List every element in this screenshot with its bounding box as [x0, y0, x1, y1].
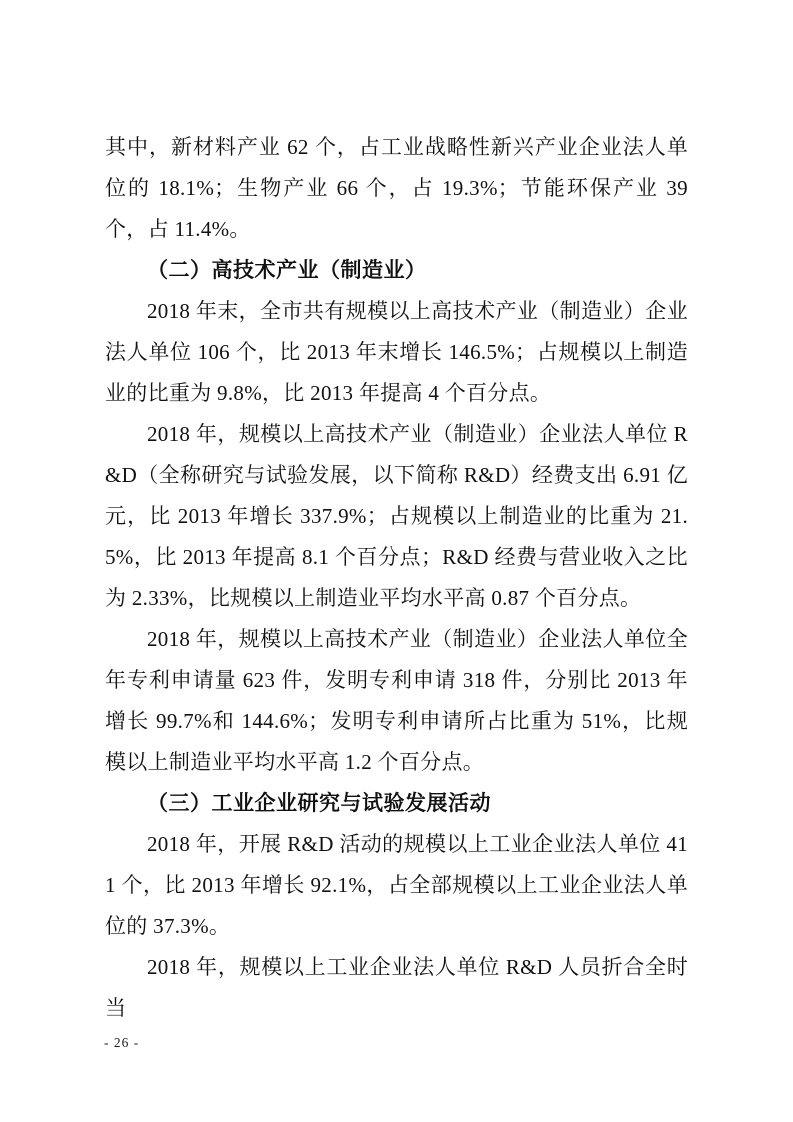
document-page: 其中，新材料产业 62 个，占工业战略性新兴产业企业法人单位的 18.1%；生物… — [0, 0, 793, 1122]
paragraph: 2018 年，规模以上高技术产业（制造业）企业法人单位 R&D（全称研究与试验发… — [105, 414, 688, 619]
page-content: 其中，新材料产业 62 个，占工业战略性新兴产业企业法人单位的 18.1%；生物… — [105, 127, 688, 1029]
section-heading-3: （三）工业企业研究与试验发展活动 — [105, 783, 688, 824]
paragraph-truncated: 2018 年，规模以上工业企业法人单位 R&D 人员折合全时当 — [105, 947, 688, 1029]
section-heading-2: （二）高技术产业（制造业） — [105, 250, 688, 291]
paragraph: 2018 年末，全市共有规模以上高技术产业（制造业）企业法人单位 106 个，比… — [105, 291, 688, 414]
page-number: - 26 - — [104, 1035, 139, 1051]
paragraph: 2018 年，规模以上高技术产业（制造业）企业法人单位全年专利申请量 623 件… — [105, 619, 688, 783]
paragraph: 2018 年，开展 R&D 活动的规模以上工业企业法人单位 411 个，比 20… — [105, 824, 688, 947]
paragraph-continuation: 其中，新材料产业 62 个，占工业战略性新兴产业企业法人单位的 18.1%；生物… — [105, 127, 688, 250]
